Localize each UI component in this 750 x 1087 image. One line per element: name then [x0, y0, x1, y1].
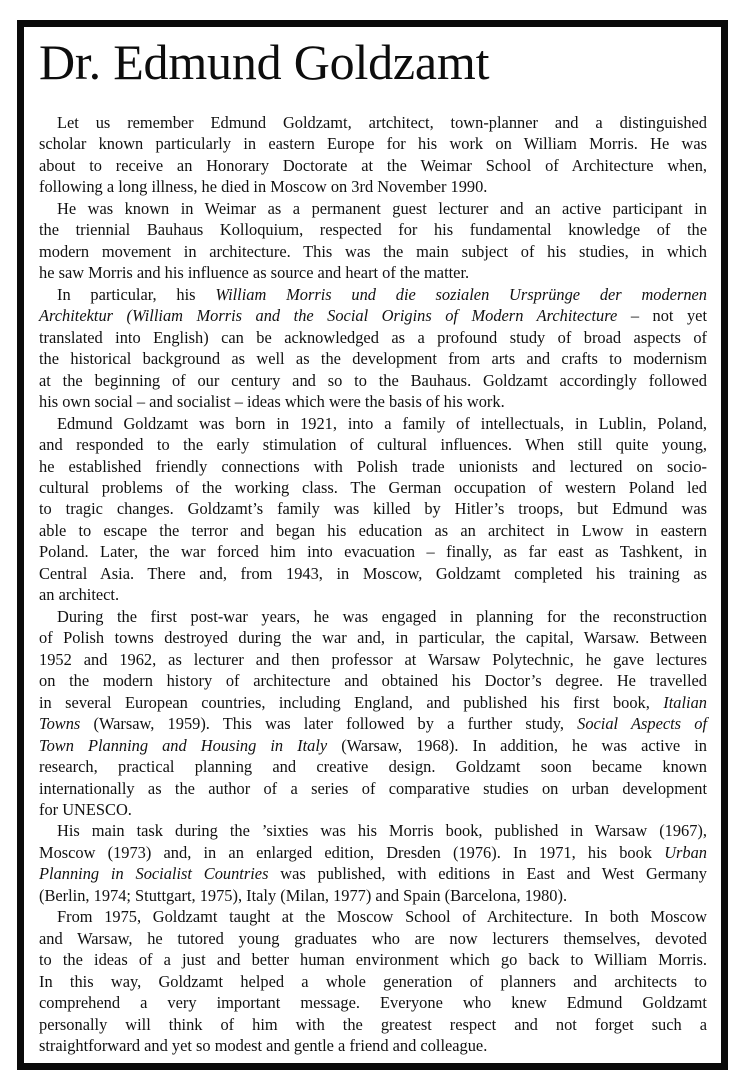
body-text: the historical background as well as the… [39, 349, 707, 368]
text-line: on the modern history of architecture an… [39, 670, 707, 691]
text-line: Edmund Goldzamt was born in 1921, into a… [39, 413, 707, 434]
text-line: and responded to the early stimulation o… [39, 434, 707, 455]
body-text: to tragic changes. Goldzamt’s family was… [39, 499, 707, 518]
body-text: His main task during the ’sixties was hi… [57, 821, 707, 840]
text-line: In this way, Goldzamt helped a whole gen… [39, 971, 707, 992]
text-line: Town Planning and Housing in Italy (Wars… [39, 735, 707, 756]
page-title: Dr. Edmund Goldzamt [39, 32, 489, 92]
text-line: the triennial Bauhaus Kolloquium, respec… [39, 219, 707, 240]
body-text: he saw Morris and his influence as sourc… [39, 263, 469, 282]
italic-title-text: William Morris und die sozialen Ursprüng… [215, 285, 707, 304]
text-line: Architektur (William Morris and the Soci… [39, 305, 707, 326]
text-line: modern movement in architecture. This wa… [39, 241, 707, 262]
text-line: personally will think of him with the gr… [39, 1014, 707, 1035]
body-text: on the modern history of architecture an… [39, 671, 707, 690]
text-line: During the first post-war years, he was … [39, 606, 707, 627]
body-text: internationally as the author of a serie… [39, 779, 707, 798]
text-line: for UNESCO. [39, 799, 707, 820]
text-line: In particular, his William Morris und di… [39, 284, 707, 305]
text-line: about to receive an Honorary Doctorate a… [39, 155, 707, 176]
body-text: (Warsaw, 1968). In addition, he was acti… [327, 736, 707, 755]
body-text: research, practical planning and creativ… [39, 757, 707, 776]
paragraph: Let us remember Edmund Goldzamt, artchit… [39, 112, 707, 198]
obituary-frame: Dr. Edmund Goldzamt Let us remember Edmu… [17, 20, 728, 1070]
paragraph: He was known in Weimar as a permanent gu… [39, 198, 707, 284]
text-line: to the ideas of a just and better human … [39, 949, 707, 970]
text-line: translated into English) can be acknowle… [39, 327, 707, 348]
text-line: Planning in Socialist Countries was publ… [39, 863, 707, 884]
body-text: He was known in Weimar as a permanent gu… [57, 199, 707, 218]
italic-title-text: Town Planning and Housing in Italy [39, 736, 327, 755]
body-text: an architect. [39, 585, 119, 604]
body-text: his own social – and socialist – ideas w… [39, 392, 505, 411]
body-text: Edmund Goldzamt was born in 1921, into a… [57, 414, 707, 433]
body-text: In this way, Goldzamt helped a whole gen… [39, 972, 707, 991]
body-text: 1952 and 1962, as lecturer and then prof… [39, 650, 707, 669]
body-text: and Warsaw, he tutored young graduates w… [39, 929, 707, 948]
text-line: internationally as the author of a serie… [39, 778, 707, 799]
body-text: translated into English) can be acknowle… [39, 328, 707, 347]
body-text: Central Asia. There and, from 1943, in M… [39, 564, 707, 583]
body-text: During the first post-war years, he was … [57, 607, 707, 626]
italic-title-text: Architektur (William Morris and the Soci… [39, 306, 617, 325]
body-text: able to escape the terror and began his … [39, 521, 707, 540]
text-line: Poland. Later, the war forced him into e… [39, 541, 707, 562]
body-text: following a long illness, he died in Mos… [39, 177, 487, 196]
text-line: Let us remember Edmund Goldzamt, artchit… [39, 112, 707, 133]
paragraph: In particular, his William Morris und di… [39, 284, 707, 413]
body-text: Moscow (1973) and, in an enlarged editio… [39, 843, 664, 862]
text-line: Towns (Warsaw, 1959). This was later fol… [39, 713, 707, 734]
body-text: the triennial Bauhaus Kolloquium, respec… [39, 220, 707, 239]
paragraph: During the first post-war years, he was … [39, 606, 707, 821]
italic-title-text: Social Aspects of [577, 714, 707, 733]
text-line: in several European countries, including… [39, 692, 707, 713]
text-line: to tragic changes. Goldzamt’s family was… [39, 498, 707, 519]
text-line: His main task during the ’sixties was hi… [39, 820, 707, 841]
text-line: Central Asia. There and, from 1943, in M… [39, 563, 707, 584]
italic-title-text: Planning in Socialist Countries [39, 864, 268, 883]
text-line: 1952 and 1962, as lecturer and then prof… [39, 649, 707, 670]
text-line: comprehend a very important message. Eve… [39, 992, 707, 1013]
body-text: From 1975, Goldzamt taught at the Moscow… [57, 907, 707, 926]
body-text: at the beginning of our century and so t… [39, 371, 707, 390]
text-line: he established friendly connections with… [39, 456, 707, 477]
body-text: straightforward and yet so modest and ge… [39, 1036, 487, 1055]
body-text: In particular, his [57, 285, 215, 304]
text-line: of Polish towns destroyed during the war… [39, 627, 707, 648]
body-text: in several European countries, including… [39, 693, 663, 712]
text-line: cultural problems of the working class. … [39, 477, 707, 498]
text-line: (Berlin, 1974; Stuttgart, 1975), Italy (… [39, 885, 707, 906]
body-text: – not yet [617, 306, 707, 325]
body-text: of Polish towns destroyed during the war… [39, 628, 707, 647]
body-text: to the ideas of a just and better human … [39, 950, 707, 969]
body-text: he established friendly connections with… [39, 457, 707, 476]
text-line: Moscow (1973) and, in an enlarged editio… [39, 842, 707, 863]
text-line: at the beginning of our century and so t… [39, 370, 707, 391]
paragraph: From 1975, Goldzamt taught at the Moscow… [39, 906, 707, 1056]
text-line: From 1975, Goldzamt taught at the Moscow… [39, 906, 707, 927]
text-line: an architect. [39, 584, 707, 605]
body-text: Poland. Later, the war forced him into e… [39, 542, 707, 561]
body-text: about to receive an Honorary Doctorate a… [39, 156, 707, 175]
body-text: cultural problems of the working class. … [39, 478, 707, 497]
italic-title-text: Urban [664, 843, 707, 862]
body-text: modern movement in architecture. This wa… [39, 242, 707, 261]
text-line: the historical background as well as the… [39, 348, 707, 369]
body-text: comprehend a very important message. Eve… [39, 993, 707, 1012]
italic-title-text: Italian [663, 693, 707, 712]
text-line: able to escape the terror and began his … [39, 520, 707, 541]
text-line: his own social – and socialist – ideas w… [39, 391, 707, 412]
text-line: scholar known particularly in eastern Eu… [39, 133, 707, 154]
obituary-body: Let us remember Edmund Goldzamt, artchit… [39, 112, 707, 1057]
body-text: Let us remember Edmund Goldzamt, artchit… [57, 113, 707, 132]
body-text: scholar known particularly in eastern Eu… [39, 134, 707, 153]
body-text: for UNESCO. [39, 800, 132, 819]
text-line: straightforward and yet so modest and ge… [39, 1035, 707, 1056]
paragraph: Edmund Goldzamt was born in 1921, into a… [39, 413, 707, 606]
paragraph: His main task during the ’sixties was hi… [39, 820, 707, 906]
text-line: he saw Morris and his influence as sourc… [39, 262, 707, 283]
text-line: and Warsaw, he tutored young graduates w… [39, 928, 707, 949]
body-text: was published, with editions in East and… [268, 864, 707, 883]
body-text: (Berlin, 1974; Stuttgart, 1975), Italy (… [39, 886, 567, 905]
body-text: and responded to the early stimulation o… [39, 435, 707, 454]
body-text: personally will think of him with the gr… [39, 1015, 707, 1034]
text-line: research, practical planning and creativ… [39, 756, 707, 777]
italic-title-text: Towns [39, 714, 80, 733]
body-text: (Warsaw, 1959). This was later followed … [80, 714, 577, 733]
text-line: following a long illness, he died in Mos… [39, 176, 707, 197]
text-line: He was known in Weimar as a permanent gu… [39, 198, 707, 219]
